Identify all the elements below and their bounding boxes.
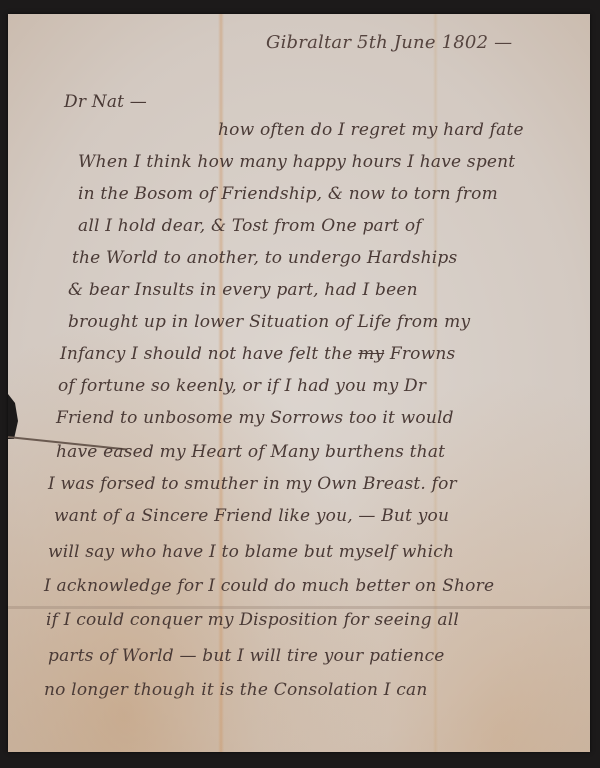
letter-place-date: Gibraltar 5th June 1802 —: [266, 32, 512, 53]
letter-salutation: Dr Nat —: [64, 92, 147, 112]
letter-line: of fortune so keenly, or if I had you my…: [58, 376, 426, 396]
letter-line: Friend to unbosome my Sorrows too it wou…: [56, 408, 454, 428]
letter-line: parts of World — but I will tire your pa…: [48, 646, 445, 666]
letter-line: will say who have I to blame but myself …: [48, 542, 454, 562]
letter-line: the World to another, to undergo Hardshi…: [72, 248, 457, 268]
letter-line: all I hold dear, & Tost from One part of: [78, 216, 422, 236]
letter-line: When I think how many happy hours I have…: [78, 152, 515, 172]
edge-tear: [8, 394, 18, 439]
letter-line: brought up in lower Situation of Life fr…: [68, 312, 470, 332]
horizontal-fold-crease: [8, 606, 590, 609]
letter-line: Infancy I should not have felt the my Fr…: [60, 344, 455, 364]
letter-line: if I could conquer my Disposition for se…: [46, 610, 459, 630]
letter-line: in the Bosom of Friendship, & now to tor…: [78, 184, 498, 204]
letter-line: I acknowledge for I could do much better…: [44, 576, 494, 596]
letter-line: want of a Sincere Friend like you, — But…: [54, 506, 449, 526]
letter-line: have eased my Heart of Many burthens tha…: [56, 442, 445, 462]
letter-line: how often do I regret my hard fate: [218, 120, 524, 140]
letter-line: & bear Insults in every part, had I been: [68, 280, 418, 300]
struck-word: my: [358, 344, 384, 364]
letter-line: no longer though it is the Consolation I…: [44, 680, 427, 700]
letter-page: Gibraltar 5th June 1802 — Dr Nat — how o…: [8, 14, 590, 752]
letter-line: I was forsed to smuther in my Own Breast…: [48, 474, 457, 494]
